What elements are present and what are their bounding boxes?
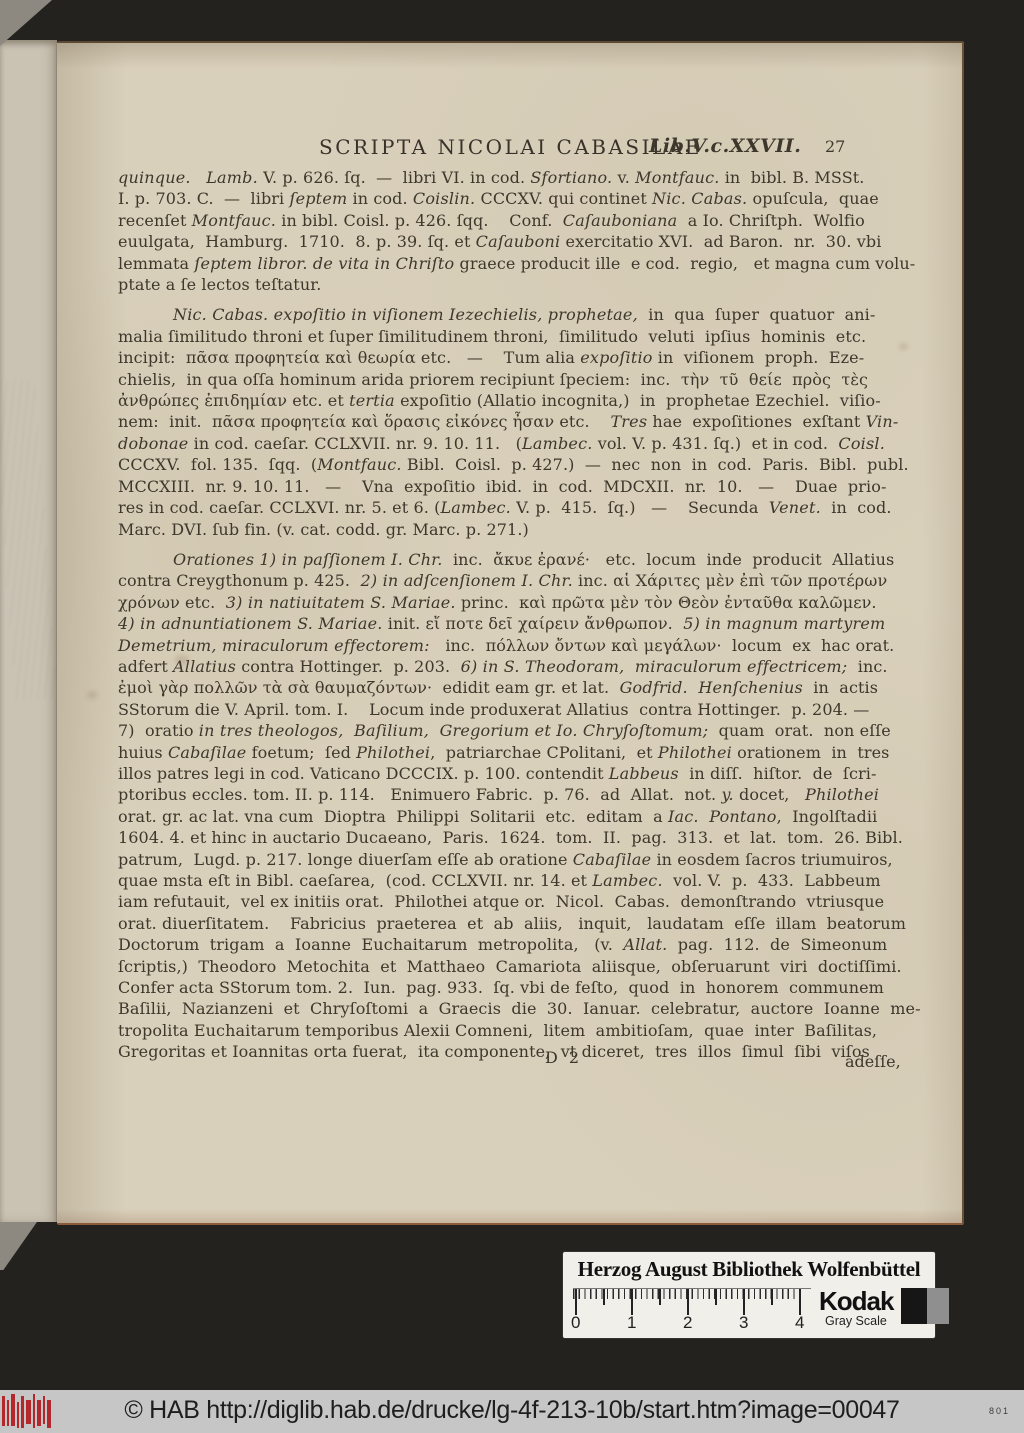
- fox-spot: [87, 691, 97, 699]
- text-line: ptate a ſe lectos teſtatur.: [118, 274, 928, 295]
- text-line: ἀνθρώπες ἐπιδημίαν etc. et tertia expoſi…: [118, 390, 928, 411]
- text-line: lemmata ſeptem libror. de vita in Chriſt…: [118, 253, 928, 274]
- scanned-book-page: SCRIPTA NICOLAI CABASILAE Lib.V.c.XXVII.…: [0, 0, 1024, 1433]
- paragraph: quinque. Lamb. V. p. 626. ſq. — libri VI…: [118, 167, 928, 295]
- ruler-half-tick: [715, 1289, 717, 1305]
- cradle-corner-bottom: [0, 1222, 42, 1270]
- paragraph: Orationes 1) in paſſionem I. Chr. inc. ἄ…: [118, 549, 928, 1063]
- text-line: adfert Allatius contra Hottinger. p. 203…: [118, 656, 928, 677]
- text-line: Doctorum trigam a Ioanne Euchaitarum met…: [118, 934, 928, 955]
- text-line: MCCXIII. nr. 9. 10. 11. — Vna expoſitio …: [118, 476, 928, 497]
- ruler-number: 2: [683, 1313, 692, 1333]
- text-line: patrum, Lugd. p. 217. longe diuerſam eſſ…: [118, 849, 928, 870]
- text-line: res in cod. caeſar. CCLXVI. nr. 5. et 6.…: [118, 497, 928, 518]
- text-line: contra Creygthonum p. 425. 2) in adſcenſ…: [118, 570, 928, 591]
- ruler-half-tick: [659, 1289, 661, 1305]
- text-line: chielis, in qua oſſa hominum arida prior…: [118, 369, 928, 390]
- text-line: Confer acta SStorum tom. 2. Iun. pag. 93…: [118, 977, 928, 998]
- text-line: incipit: πᾶσα προφητεία καὶ θεωρία etc. …: [118, 347, 928, 368]
- text-line: nem: init. πᾶσα προφητεία καὶ ὅρασις εἰκ…: [118, 411, 928, 432]
- ruler-cm-tick: [743, 1289, 745, 1315]
- book-section-label: Lib.V.c.XXVII.: [649, 135, 801, 157]
- text-line: quae msta eſt in Bibl. caeſarea, (cod. C…: [118, 870, 928, 891]
- book-page: SCRIPTA NICOLAI CABASILAE Lib.V.c.XXVII.…: [57, 41, 964, 1225]
- ruler-number: 3: [739, 1313, 748, 1333]
- text-line: Demetrium, miraculorum effectorem: inc. …: [118, 635, 928, 656]
- kodak-logo: Kodak: [819, 1286, 893, 1317]
- gray-scale-swatch-gray: [927, 1288, 949, 1324]
- text-line: Gregoritas et Ioannitas orta fuerat, ita…: [118, 1041, 928, 1062]
- paragraph: Nic. Cabas. expoſitio in viſionem Iezech…: [118, 304, 928, 539]
- ruler-half-tick: [603, 1289, 605, 1305]
- corner-mark: 801: [989, 1406, 1010, 1416]
- text-line: CCCXV. fol. 135. ſqq. (Montfauc. Bibl. C…: [118, 454, 928, 475]
- catchword: adeſſe,: [845, 1052, 901, 1071]
- ruler-number: 4: [795, 1313, 804, 1333]
- text-line: Nic. Cabas. expoſitio in viſionem Iezech…: [118, 304, 928, 325]
- page-header: SCRIPTA NICOLAI CABASILAE Lib.V.c.XXVII.…: [57, 135, 962, 161]
- page-edge-strip: [0, 40, 57, 1222]
- text-line: euulgata, Hamburg. 1710. 8. p. 39. ſq. e…: [118, 231, 928, 252]
- ruler-cm-tick: [799, 1289, 801, 1315]
- ruler-cm-tick: [575, 1289, 577, 1315]
- text-line: SStorum die V. April. tom. I. Locum inde…: [118, 699, 928, 720]
- text-line: Marc. DVI. ſub fin. (v. cat. codd. gr. M…: [118, 519, 928, 540]
- ruler-number: 1: [627, 1313, 636, 1333]
- text-line: iam refutauit, vel ex initiis orat. Phil…: [118, 891, 928, 912]
- text-line: 1604. 4. et hinc in auctario Ducaeano, P…: [118, 827, 928, 848]
- footer-bar: © HAB http://diglib.hab.de/drucke/lg-4f-…: [0, 1390, 1024, 1433]
- text-block: quinque. Lamb. V. p. 626. ſq. — libri VI…: [118, 167, 928, 1072]
- ruler-cm-tick: [687, 1289, 689, 1315]
- text-line: ἐμοὶ γὰρ πολλῶν τὰ σὰ θαυμαζόντων· edidi…: [118, 677, 928, 698]
- ruler-half-tick: [771, 1289, 773, 1305]
- library-name: Herzog August Bibliothek Wolfenbüttel: [563, 1257, 935, 1282]
- text-line: orat. gr. ac lat. vna cum Dioptra Philip…: [118, 806, 928, 827]
- bleed-through-ghost-text: [0, 379, 57, 701]
- text-line: recenſet Montfauc. in bibl. Coisl. p. 42…: [118, 210, 928, 231]
- text-line: orat. diuerſitatem. Fabricius praeterea …: [118, 913, 928, 934]
- page-number: 27: [825, 137, 845, 156]
- text-line: Orationes 1) in paſſionem I. Chr. inc. ἄ…: [118, 549, 928, 570]
- ruler-cm-tick: [631, 1289, 633, 1315]
- text-line: huius Cabaſilae foetum; ſed Philothei, p…: [118, 742, 928, 763]
- centimeter-ruler: 01234: [573, 1288, 811, 1335]
- text-line: Baſilii, Nazianzeni et Chryſoſtomi a Gra…: [118, 998, 928, 1019]
- text-line: 7) oratio in tres theologos, Baſilium, G…: [118, 720, 928, 741]
- text-line: I. p. 703. C. — libri ſeptem in cod. Coi…: [118, 188, 928, 209]
- text-line: 4) in adnuntiationem S. Mariae. init. εἴ…: [118, 613, 928, 634]
- text-line: malia ſimilitudo throni et ſuper ſimilit…: [118, 326, 928, 347]
- gray-scale-swatch-black: [901, 1288, 927, 1324]
- kodak-gray-scale-card: Herzog August Bibliothek Wolfenbüttel 01…: [563, 1252, 935, 1338]
- text-line: χρόνων etc. 3) in natiuitatem S. Mariae.…: [118, 592, 928, 613]
- signature-mark: D 2: [545, 1048, 582, 1067]
- text-line: ptoribus eccles. tom. II. p. 114. Enimue…: [118, 784, 928, 805]
- text-line: dobonae in cod. caeſar. CCLXVII. nr. 9. …: [118, 433, 928, 454]
- text-line: quinque. Lamb. V. p. 626. ſq. — libri VI…: [118, 167, 928, 188]
- running-title: SCRIPTA NICOLAI CABASILAE: [319, 135, 702, 159]
- ruler-number: 0: [571, 1313, 580, 1333]
- gray-scale-label: Gray Scale: [825, 1314, 887, 1328]
- copyright-text: © HAB http://diglib.hab.de/drucke/lg-4f-…: [0, 1396, 1024, 1425]
- text-line: tropolita Euchaitarum temporibus Alexii …: [118, 1020, 928, 1041]
- text-line: ſcriptis,) Theodoro Metochita et Matthae…: [118, 956, 928, 977]
- text-line: illos patres legi in cod. Vaticano DCCCI…: [118, 763, 928, 784]
